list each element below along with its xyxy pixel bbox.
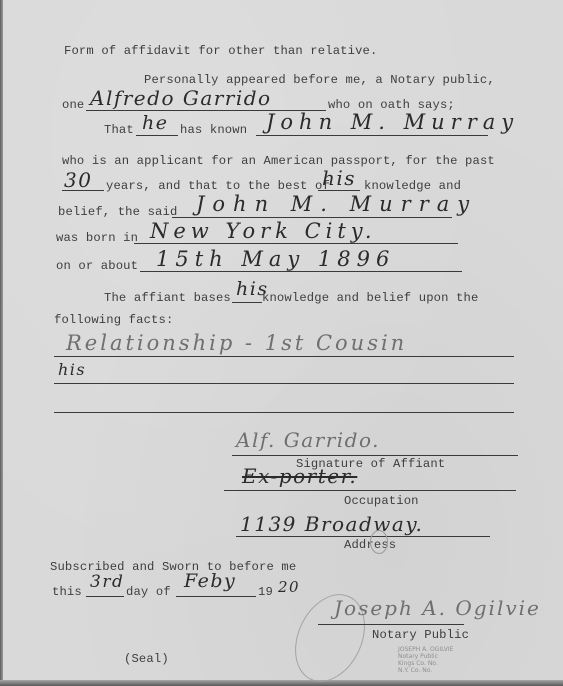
- affiant-name-handwritten: Alfredo Garrido: [90, 86, 272, 110]
- seal-label: (Seal): [124, 652, 169, 666]
- facts-line-2: [54, 383, 514, 384]
- notary-signature-handwritten: Joseph A. Ogilvie: [334, 596, 541, 620]
- day-handwritten: 3rd: [90, 572, 124, 592]
- applicant-name-line: [256, 135, 488, 136]
- pronoun-2-line: [318, 190, 360, 191]
- about-label: on or about: [56, 259, 138, 273]
- birth-date-handwritten: 15th May 1896: [156, 247, 395, 271]
- known-label: has known: [180, 123, 247, 137]
- pronoun-2-handwritten: his: [322, 166, 356, 190]
- applicant-name-2-handwritten: John M. Murray: [196, 192, 477, 216]
- bases-label-1: The affiant bases: [104, 291, 231, 305]
- facts-line-3: [54, 412, 514, 413]
- address-line: [236, 536, 490, 537]
- day-of-label: day of: [126, 585, 171, 599]
- years-text: years, and that to the best of: [106, 179, 330, 193]
- occupation-handwritten: Ex-porter.: [242, 464, 357, 488]
- intro-text: Personally appeared before me, a Notary …: [144, 73, 495, 87]
- notary-label: Notary Public: [372, 628, 469, 642]
- one-label: one: [62, 98, 84, 112]
- pronoun-1-line: [136, 135, 178, 136]
- month-handwritten: Feby: [184, 570, 236, 592]
- year-prefix: 19: [258, 585, 273, 599]
- that-label: That: [104, 123, 134, 137]
- applicant-line-text: who is an applicant for an American pass…: [62, 154, 495, 168]
- pen-stroke-mark: [370, 530, 388, 554]
- day-line: [86, 596, 124, 597]
- form-title: Form of affidavit for other than relativ…: [64, 44, 377, 58]
- bases-label-2: knowledge and belief upon the: [262, 291, 478, 305]
- affiant-signature-handwritten: Alf. Garrido.: [236, 428, 380, 452]
- applicant-name-handwritten: John M. Murray: [266, 110, 519, 134]
- pronoun-3-line: [232, 302, 262, 303]
- scan-edge-left: [0, 0, 3, 686]
- birth-date-line: [140, 271, 462, 272]
- applicant-name-2-line: [172, 217, 452, 218]
- belief-label: belief, the said: [58, 205, 177, 219]
- facts-line-2-handwritten: his: [58, 360, 86, 379]
- occupation-line: [224, 490, 516, 491]
- facts-label: following facts:: [54, 313, 173, 327]
- address-handwritten: 1139 Broadway.: [240, 512, 423, 536]
- notary-stamp: JOSEPH A. OGILVIE Notary Public Kings Co…: [398, 646, 453, 674]
- birthplace-line: [134, 243, 458, 244]
- occupation-label: Occupation: [344, 494, 419, 508]
- this-label: this: [52, 585, 82, 599]
- pronoun-1-handwritten: he: [142, 112, 168, 134]
- affidavit-page: Form of affidavit for other than relativ…: [0, 0, 563, 686]
- born-label: was born in: [56, 231, 138, 245]
- knowledge-text: knowledge and: [364, 179, 461, 193]
- month-line: [176, 596, 256, 597]
- signature-line: [232, 455, 518, 456]
- facts-line-1-handwritten: Relationship - 1st Cousin: [66, 331, 407, 355]
- birthplace-handwritten: New York City.: [150, 219, 377, 243]
- year-suffix-handwritten: 20: [278, 578, 300, 596]
- subscribed-label: Subscribed and Sworn to before me: [50, 560, 296, 574]
- notary-line: [318, 624, 464, 625]
- years-handwritten: 30: [64, 168, 92, 192]
- facts-line-1: [54, 356, 514, 357]
- scan-edge-bottom: [0, 680, 563, 686]
